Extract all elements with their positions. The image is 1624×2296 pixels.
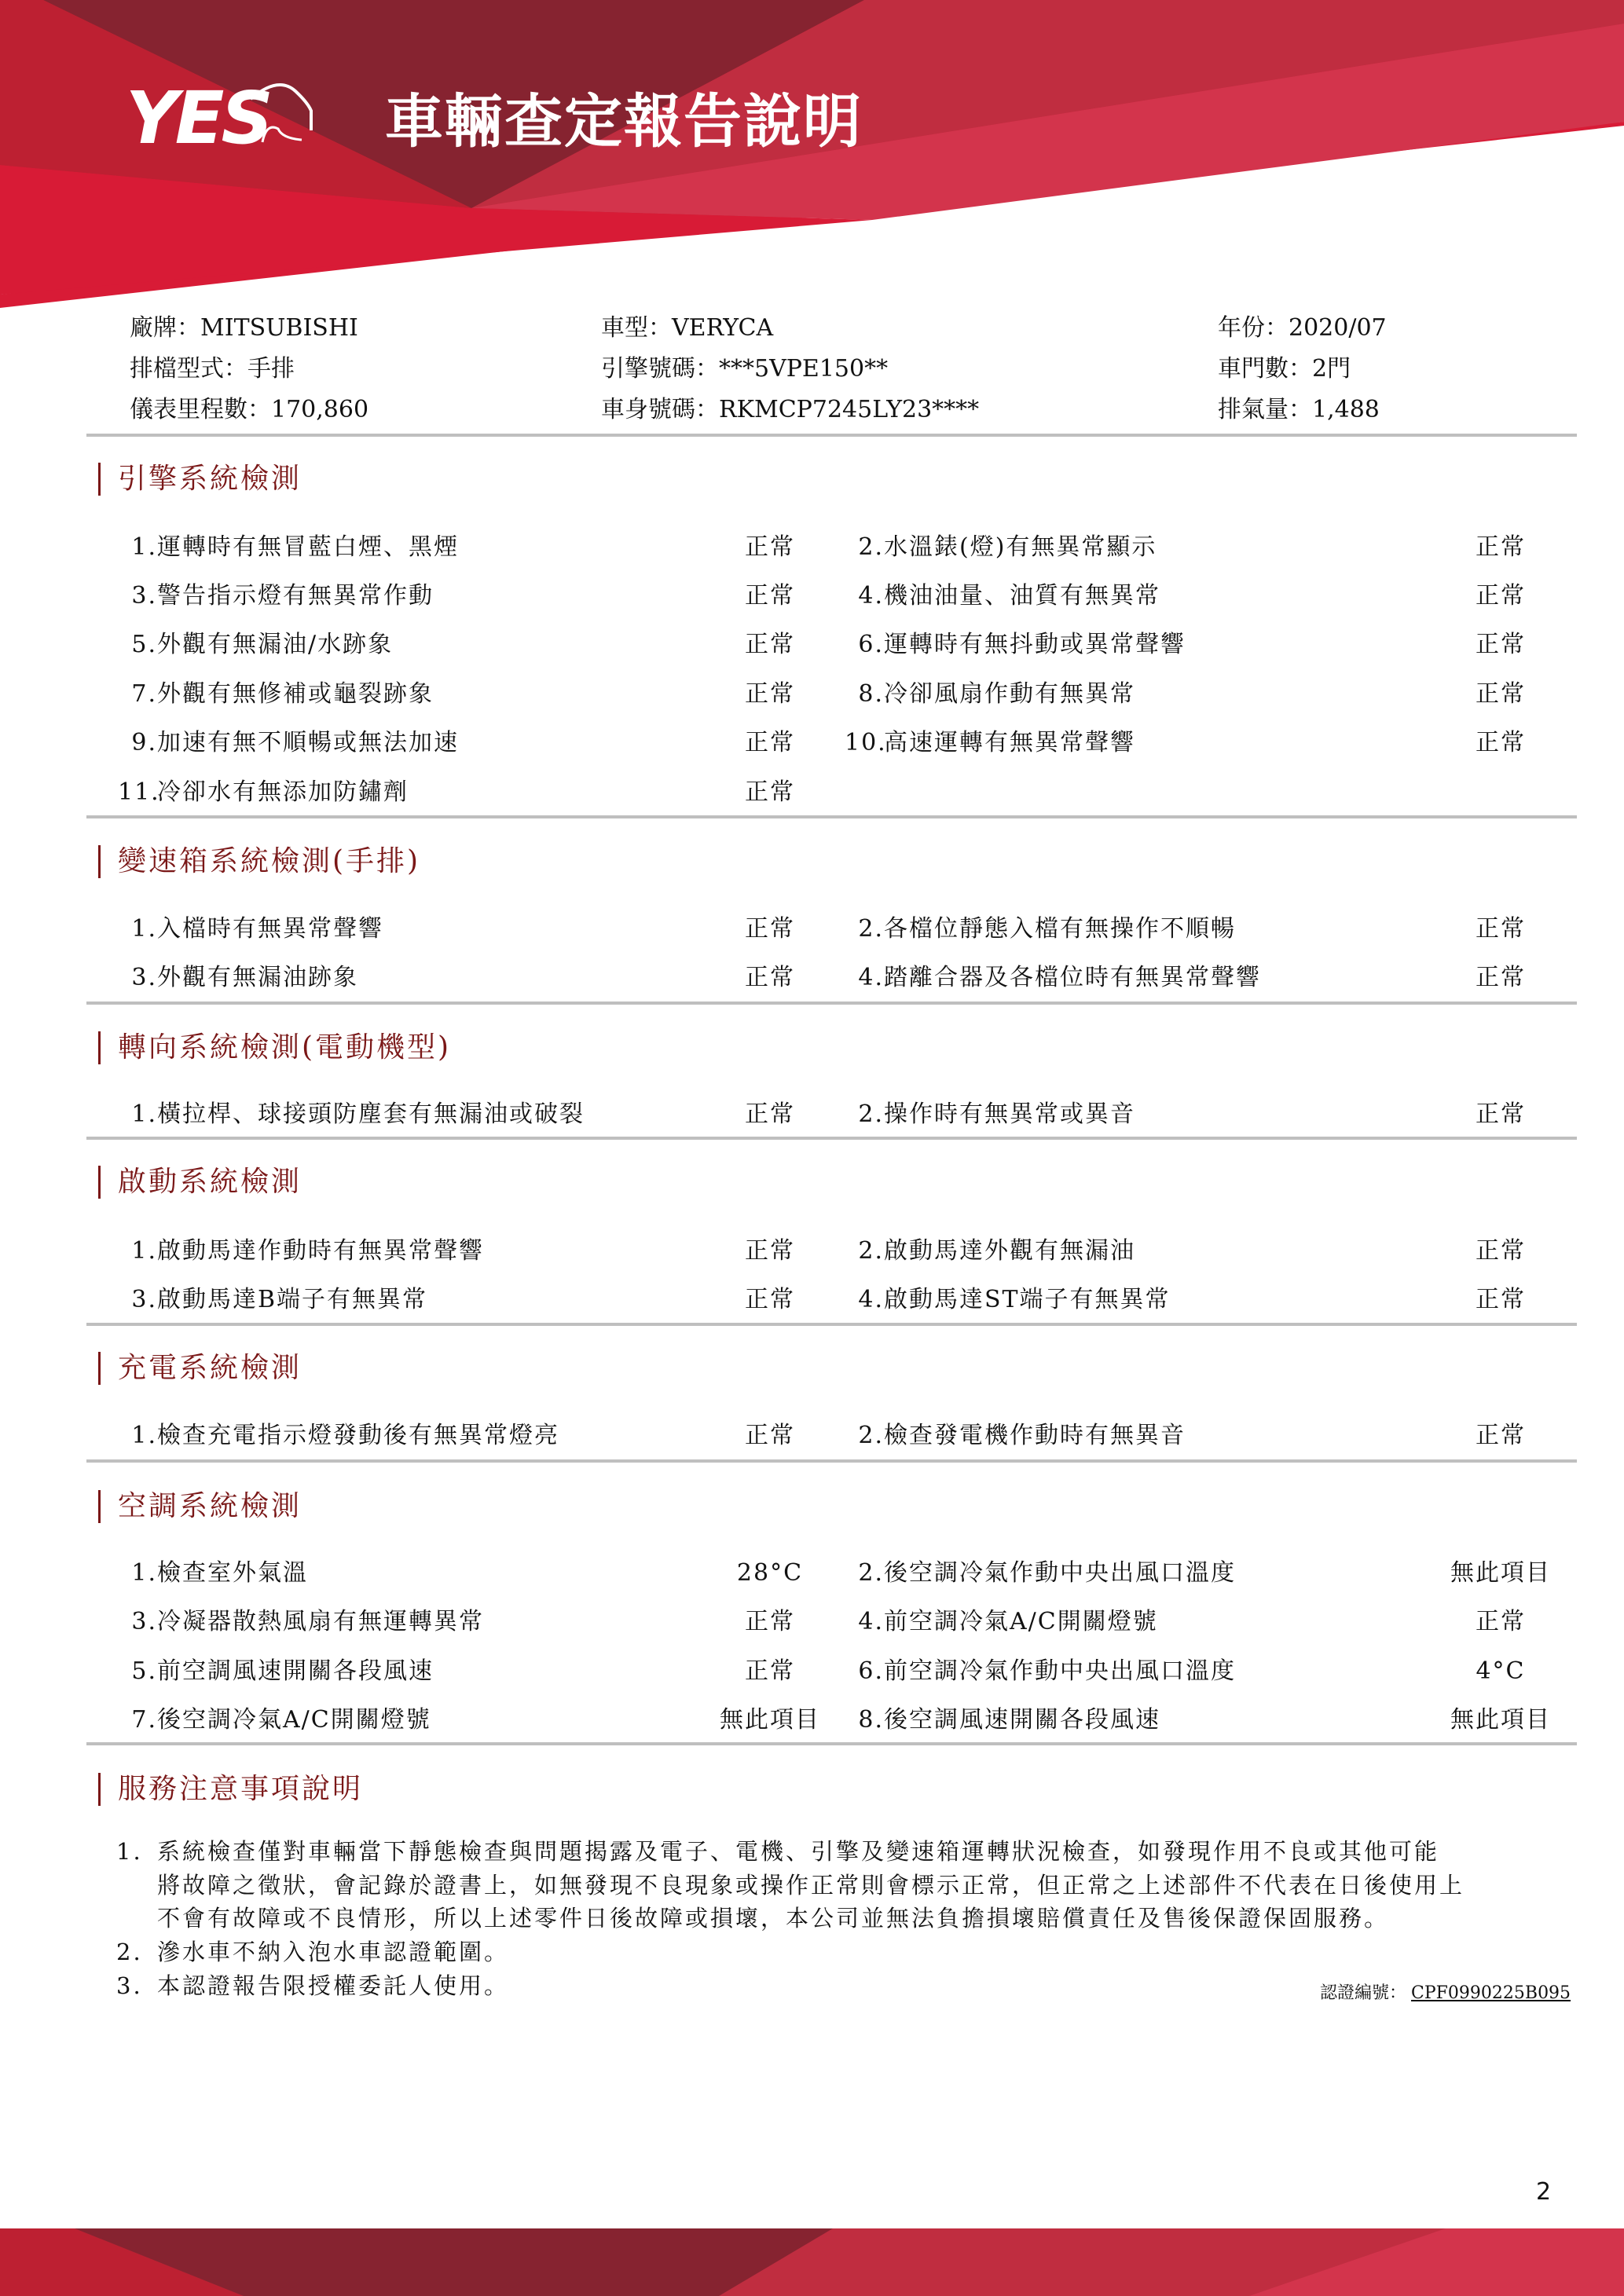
check-result: 正常 [715, 1288, 825, 1312]
check-result: 正常 [1446, 1610, 1556, 1634]
check-result: 正常 [715, 1103, 825, 1126]
check-item: 8.後空調風速開關各段風速 [845, 1708, 1160, 1732]
divider [86, 1459, 1577, 1463]
displacement: 排氣量：1,488 [1218, 398, 1380, 422]
check-result: 無此項目 [1446, 1708, 1556, 1732]
divider [86, 1002, 1577, 1005]
check-item: 2.啟動馬達外觀有無漏油 [845, 1240, 1135, 1263]
note-line: 不會有故障或不良情形，所以上述零件日後故障或損壞，本公司並無法負擔損壞賠償責任及… [116, 1907, 1389, 1930]
check-item: 2.檢查發電機作動時有無異音 [845, 1424, 1186, 1448]
transmission: 排檔型式：手排 [130, 357, 295, 381]
certificate-number: 認證編號：CPF0990225B095 [1320, 1979, 1575, 2004]
check-result: 無此項目 [715, 1708, 825, 1732]
mileage: 儀表里程數：170,860 [130, 398, 368, 422]
year: 年份：2020/07 [1218, 317, 1387, 340]
note-line: 將故障之徵狀，會記錄於證書上，如無發現不良現象或操作正常則會標示正常，但正常之上… [116, 1874, 1465, 1897]
check-item: 6.前空調冷氣作動中央出風口溫度 [845, 1660, 1236, 1683]
check-result: 正常 [715, 1660, 825, 1683]
check-result: 正常 [715, 536, 825, 559]
check-result: 正常 [715, 683, 825, 706]
check-result: 正常 [1446, 1288, 1556, 1312]
check-item: 11.冷卻水有無添加防鏽劑 [118, 781, 409, 804]
check-item: 9.加速有無不順暢或無法加速 [118, 731, 459, 755]
engine-number: 引擎號碼：***5VPE150** [601, 357, 888, 381]
note-line: 2.滲水車不納入泡水車認證範圍。 [116, 1941, 509, 1964]
check-item: 3.冷凝器散熱風扇有無運轉異常 [118, 1610, 484, 1634]
check-result: 正常 [715, 1610, 825, 1634]
check-result: 正常 [715, 917, 825, 941]
check-item: 5.外觀有無漏油/水跡象 [118, 633, 393, 657]
check-item: 2.操作時有無異常或異音 [845, 1103, 1135, 1126]
section-title-ac: 空調系統檢測 [98, 1490, 302, 1523]
header-background-shapes [0, 0, 1624, 330]
doors: 車門數：2門 [1218, 357, 1351, 381]
check-item: 4.踏離合器及各檔位時有無異常聲響 [845, 966, 1261, 990]
divider [86, 815, 1577, 818]
vin: 車身號碼：RKMCP7245LY23**** [601, 398, 979, 422]
section-title-gearbox: 變速箱系統檢測(手排) [98, 845, 420, 878]
check-result: 正常 [715, 584, 825, 608]
check-item: 1.檢查室外氣溫 [118, 1562, 308, 1585]
footer-background-shapes [0, 2228, 1624, 2296]
check-item: 4.前空調冷氣A/C開關燈號 [845, 1610, 1158, 1634]
check-result: 正常 [715, 1424, 825, 1448]
check-item: 6.運轉時有無抖動或異常聲響 [845, 633, 1186, 657]
divider [86, 1137, 1577, 1140]
check-item: 7.外觀有無修補或龜裂跡象 [118, 683, 434, 706]
check-result: 正常 [715, 966, 825, 990]
footer-banner [0, 2228, 1624, 2296]
check-item: 1.檢查充電指示燈發動後有無異常燈亮 [118, 1424, 559, 1448]
check-result: 正常 [1446, 633, 1556, 657]
check-result: 正常 [1446, 917, 1556, 941]
page-number: 2 [1536, 2178, 1551, 2206]
cert-value: CPF0990225B095 [1406, 1983, 1575, 2003]
check-result: 正常 [715, 781, 825, 804]
divider [86, 1323, 1577, 1326]
check-result: 正常 [1446, 1240, 1556, 1263]
check-item: 8.冷卻風扇作動有無異常 [845, 683, 1135, 706]
cert-label: 認證編號： [1320, 1983, 1406, 2003]
check-item: 4.機油油量、油質有無異常 [845, 584, 1160, 608]
section-title-starter: 啟動系統檢測 [98, 1166, 302, 1199]
brand: 廠牌：MITSUBISHI [130, 317, 358, 340]
check-item: 2.各檔位靜態入檔有無操作不順暢 [845, 917, 1236, 941]
yes-logo: YES [126, 82, 317, 155]
section-title-charging: 充電系統檢測 [98, 1352, 302, 1385]
check-item: 1.運轉時有無冒藍白煙、黑煙 [118, 536, 459, 559]
check-item: 3.外觀有無漏油跡象 [118, 966, 358, 990]
check-result: 正常 [715, 1240, 825, 1263]
check-result: 無此項目 [1446, 1562, 1556, 1585]
check-item: 2.後空調冷氣作動中央出風口溫度 [845, 1562, 1236, 1585]
note-line: 3.本認證報告限授權委託人使用。 [116, 1975, 509, 1998]
divider [86, 1742, 1577, 1745]
check-item: 1.橫拉桿、球接頭防塵套有無漏油或破裂 [118, 1103, 585, 1126]
check-result: 正常 [1446, 536, 1556, 559]
note-line: 1.系統檢查僅對車輛當下靜態檢查與問題揭露及電子、電機、引擎及變速箱運轉狀況檢查… [116, 1840, 1439, 1863]
check-result: 4°C [1446, 1660, 1556, 1683]
check-item: 10.高速運轉有無異常聲響 [845, 731, 1135, 755]
check-item: 3.警告指示燈有無異常作動 [118, 584, 434, 608]
check-result: 28°C [715, 1562, 825, 1585]
check-result: 正常 [1446, 1103, 1556, 1126]
check-result: 正常 [1446, 584, 1556, 608]
section-title-service-notes: 服務注意事項說明 [98, 1773, 363, 1806]
section-title-steering: 轉向系統檢測(電動機型) [98, 1031, 451, 1064]
check-item: 2.水溫錶(燈)有無異常顯示 [845, 536, 1157, 559]
check-item: 4.啟動馬達ST端子有無異常 [845, 1288, 1171, 1312]
report-title: 車輛查定報告說明 [385, 93, 863, 151]
check-result: 正常 [715, 633, 825, 657]
check-result: 正常 [1446, 966, 1556, 990]
check-item: 1.啟動馬達作動時有無異常聲響 [118, 1240, 484, 1263]
model: 車型：VERYCA [601, 317, 773, 340]
check-item: 3.啟動馬達B端子有無異常 [118, 1288, 427, 1312]
divider [86, 434, 1577, 437]
check-item: 7.後空調冷氣A/C開關燈號 [118, 1708, 431, 1732]
header-banner: YES 車輛查定報告說明 [0, 0, 1624, 330]
check-result: 正常 [715, 731, 825, 755]
section-title-engine: 引擎系統檢測 [98, 463, 302, 496]
car-outline-icon [247, 75, 317, 146]
check-item: 1.入檔時有無異常聲響 [118, 917, 383, 941]
check-item: 5.前空調風速開關各段風速 [118, 1660, 434, 1683]
check-result: 正常 [1446, 731, 1556, 755]
check-result: 正常 [1446, 1424, 1556, 1448]
check-result: 正常 [1446, 683, 1556, 706]
